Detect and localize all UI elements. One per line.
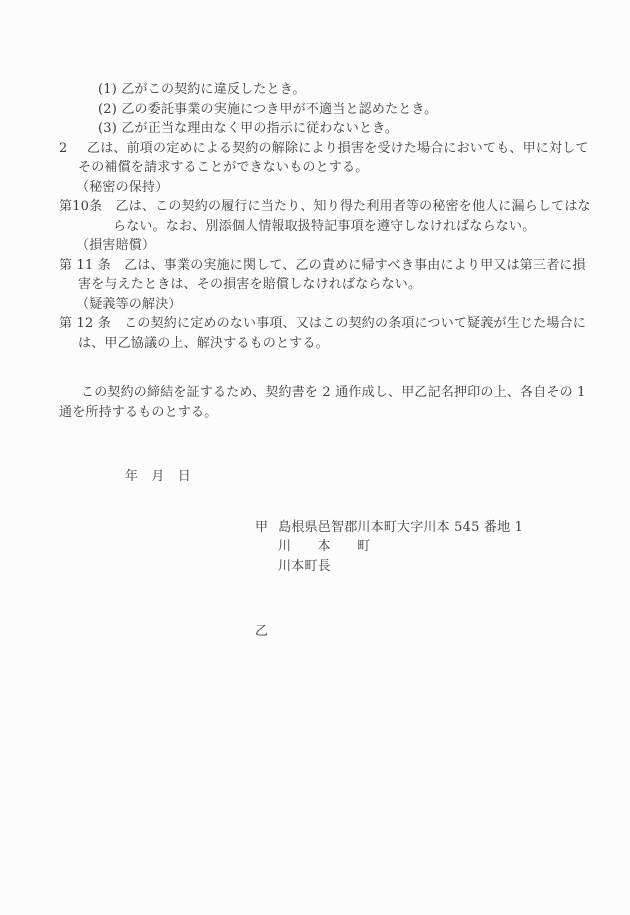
party-a-row: 甲 島根県邑智郡川本町大字川本 545 番地 1 (255, 518, 630, 538)
closing-statement-line2: 通を所持するものとする。 (59, 403, 630, 423)
paragraph-2-line1: 2乙は、前項の定めによる契約の解除により損害を受けた場合においても、甲に対して (59, 139, 630, 159)
article-12-line2: は、甲乙協議の上、解決するものとする。 (78, 334, 630, 354)
damages-heading: （損害賠償） (76, 236, 630, 256)
paragraph-number: 2 (59, 139, 87, 159)
secrecy-heading: （秘密の保持） (76, 178, 630, 198)
contract-page: (1) 乙がこの契約に違反したとき。 (2) 乙の委託事業の実施につき甲が不適当… (0, 0, 630, 915)
doubt-resolution-heading: （疑義等の解決） (76, 295, 630, 315)
party-a-address: 島根県邑智郡川本町大字川本 545 番地 1 (278, 518, 523, 538)
party-a-title: 川本町長 (278, 557, 630, 577)
paragraph-2-line2: その補償を請求することができないものとする。 (78, 158, 630, 178)
date-line: 年 月 日 (125, 467, 630, 487)
termination-condition-3: (3) 乙が正当な理由なく甲の指示に従わないとき。 (98, 119, 630, 139)
termination-condition-2: (2) 乙の委託事業の実施につき甲が不適当と認めたとき。 (98, 100, 630, 120)
article-10-line2: らない。なお、別添個人情報取扱特記事項を遵守しなければならない。 (113, 217, 630, 237)
closing-statement-line1: この契約の締結を証するため、契約書を 2 通作成し、甲乙記名押印の上、各自その … (81, 383, 630, 403)
termination-condition-1: (1) 乙がこの契約に違反したとき。 (98, 80, 630, 100)
party-a-name: 川 本 町 (278, 537, 630, 557)
party-b-label: 乙 (255, 622, 630, 642)
paragraph-2-text: 乙は、前項の定めによる契約の解除により損害を受けた場合においても、甲に対して (87, 141, 589, 156)
article-12-line1: 第 12 条 この契約に定めのない事項、又はこの契約の条項について疑義が生じた場… (59, 314, 630, 334)
party-a-label: 甲 (255, 518, 268, 538)
article-11-line1: 第 11 条 乙は、事業の実施に関して、乙の責めに帰すべき事由により甲又は第三者… (59, 256, 630, 276)
article-11-line2: 害を与えたときは、その損害を賠償しなければならない。 (78, 275, 630, 295)
article-10-line1: 第10条 乙は、この契約の履行に当たり、知り得た利用者等の秘密を他人に漏らしては… (59, 197, 630, 217)
